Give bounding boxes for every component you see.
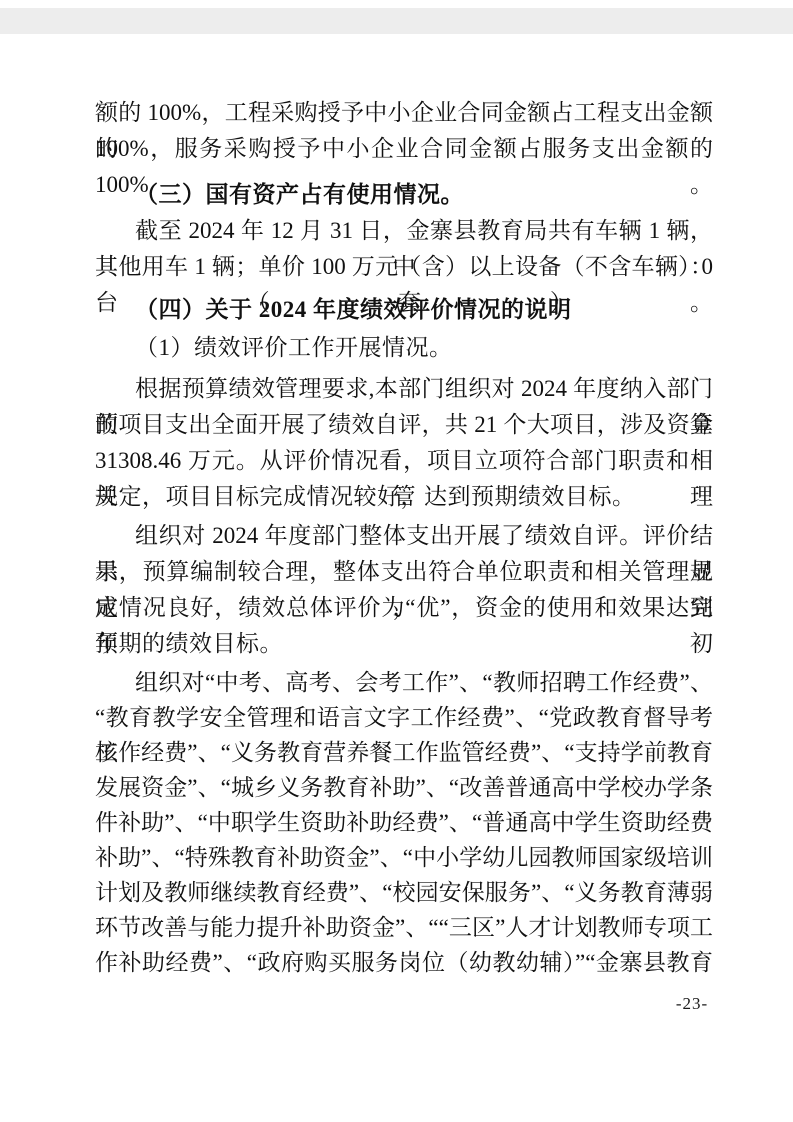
- paragraph-line: 件补助”、“中职学生资助补助经费”、“普通高中学生资助经费: [95, 805, 713, 840]
- paragraph-line: 100%，服务采购授予中小企业合同金额占服务支出金额的 100%。: [95, 131, 713, 167]
- paragraph-line: 工作经费”、“义务教育营养餐工作监管经费”、“支持学前教育: [95, 735, 713, 770]
- paragraph-line: 的项目支出全面开展了绩效自评，共 21 个大项目，涉及资金: [95, 407, 713, 443]
- paragraph-line: 根据预算绩效管理要求,本部门组织对 2024 年度纳入部门预算: [95, 371, 713, 407]
- paragraph-line: 规定，项目目标完成情况较好，达到预期绩效目标。: [95, 479, 713, 515]
- paragraph-line: 示，预算编制较合理，整体支出符合单位职责和相关管理规定，完: [95, 554, 713, 590]
- paragraph-line: 作补助经费”、“政府购买服务岗位（幼教幼辅）”“金寨县教育: [95, 945, 713, 980]
- paragraph-line: 截至 2024 年 12 月 31 日，金寨县教育局共有车辆 1 辆，其中：: [95, 213, 713, 249]
- paragraph-line: 成情况良好，绩效总体评价为“优”，资金的使用和效果达到年初: [95, 590, 713, 626]
- paragraph-line: 补助”、“特殊教育补助资金”、“中小学幼儿园教师国家级培训: [95, 840, 713, 875]
- page-number: -23-: [660, 992, 724, 1016]
- paragraph-line: 组织对 2024 年度部门整体支出开展了绩效自评。评价结果显: [95, 518, 713, 554]
- paragraph-line: “教育教学安全管理和语言文字工作经费”、“党政教育督导考核: [95, 700, 713, 735]
- paragraph-line: 发展资金”、“城乡义务教育补助”、“改善普通高中学校办学条: [95, 770, 713, 805]
- subheading-1: （1）绩效评价工作开展情况。: [95, 330, 713, 366]
- paragraph-line: 额的 100%，工程采购授予中小企业合同金额占工程支出金额的: [95, 95, 713, 131]
- page-body-text: 额的 100%，工程采购授予中小企业合同金额占工程支出金额的 100%，服务采购…: [95, 95, 713, 980]
- paragraph-line: 组织对“中考、高考、会考工作”、“教师招聘工作经费”、: [95, 665, 713, 700]
- paragraph-line: 环节改善与能力提升补助资金”、““三区”人才计划教师专项工: [95, 910, 713, 945]
- document-page: 额的 100%，工程采购授予中小企业合同金额占工程支出金额的 100%，服务采购…: [0, 0, 793, 1122]
- scan-shadow-band: [0, 8, 793, 34]
- paragraph-line: 计划及教师继续教育经费”、“校园安保服务”、“义务教育薄弱: [95, 875, 713, 910]
- paragraph-line: 31308.46 万元。从评价情况看，项目立项符合部门职责和相关管理: [95, 443, 713, 479]
- paragraph-line: 其他用车 1 辆；单价 100 万元（含）以上设备（不含车辆）0 台（套）。: [95, 249, 713, 285]
